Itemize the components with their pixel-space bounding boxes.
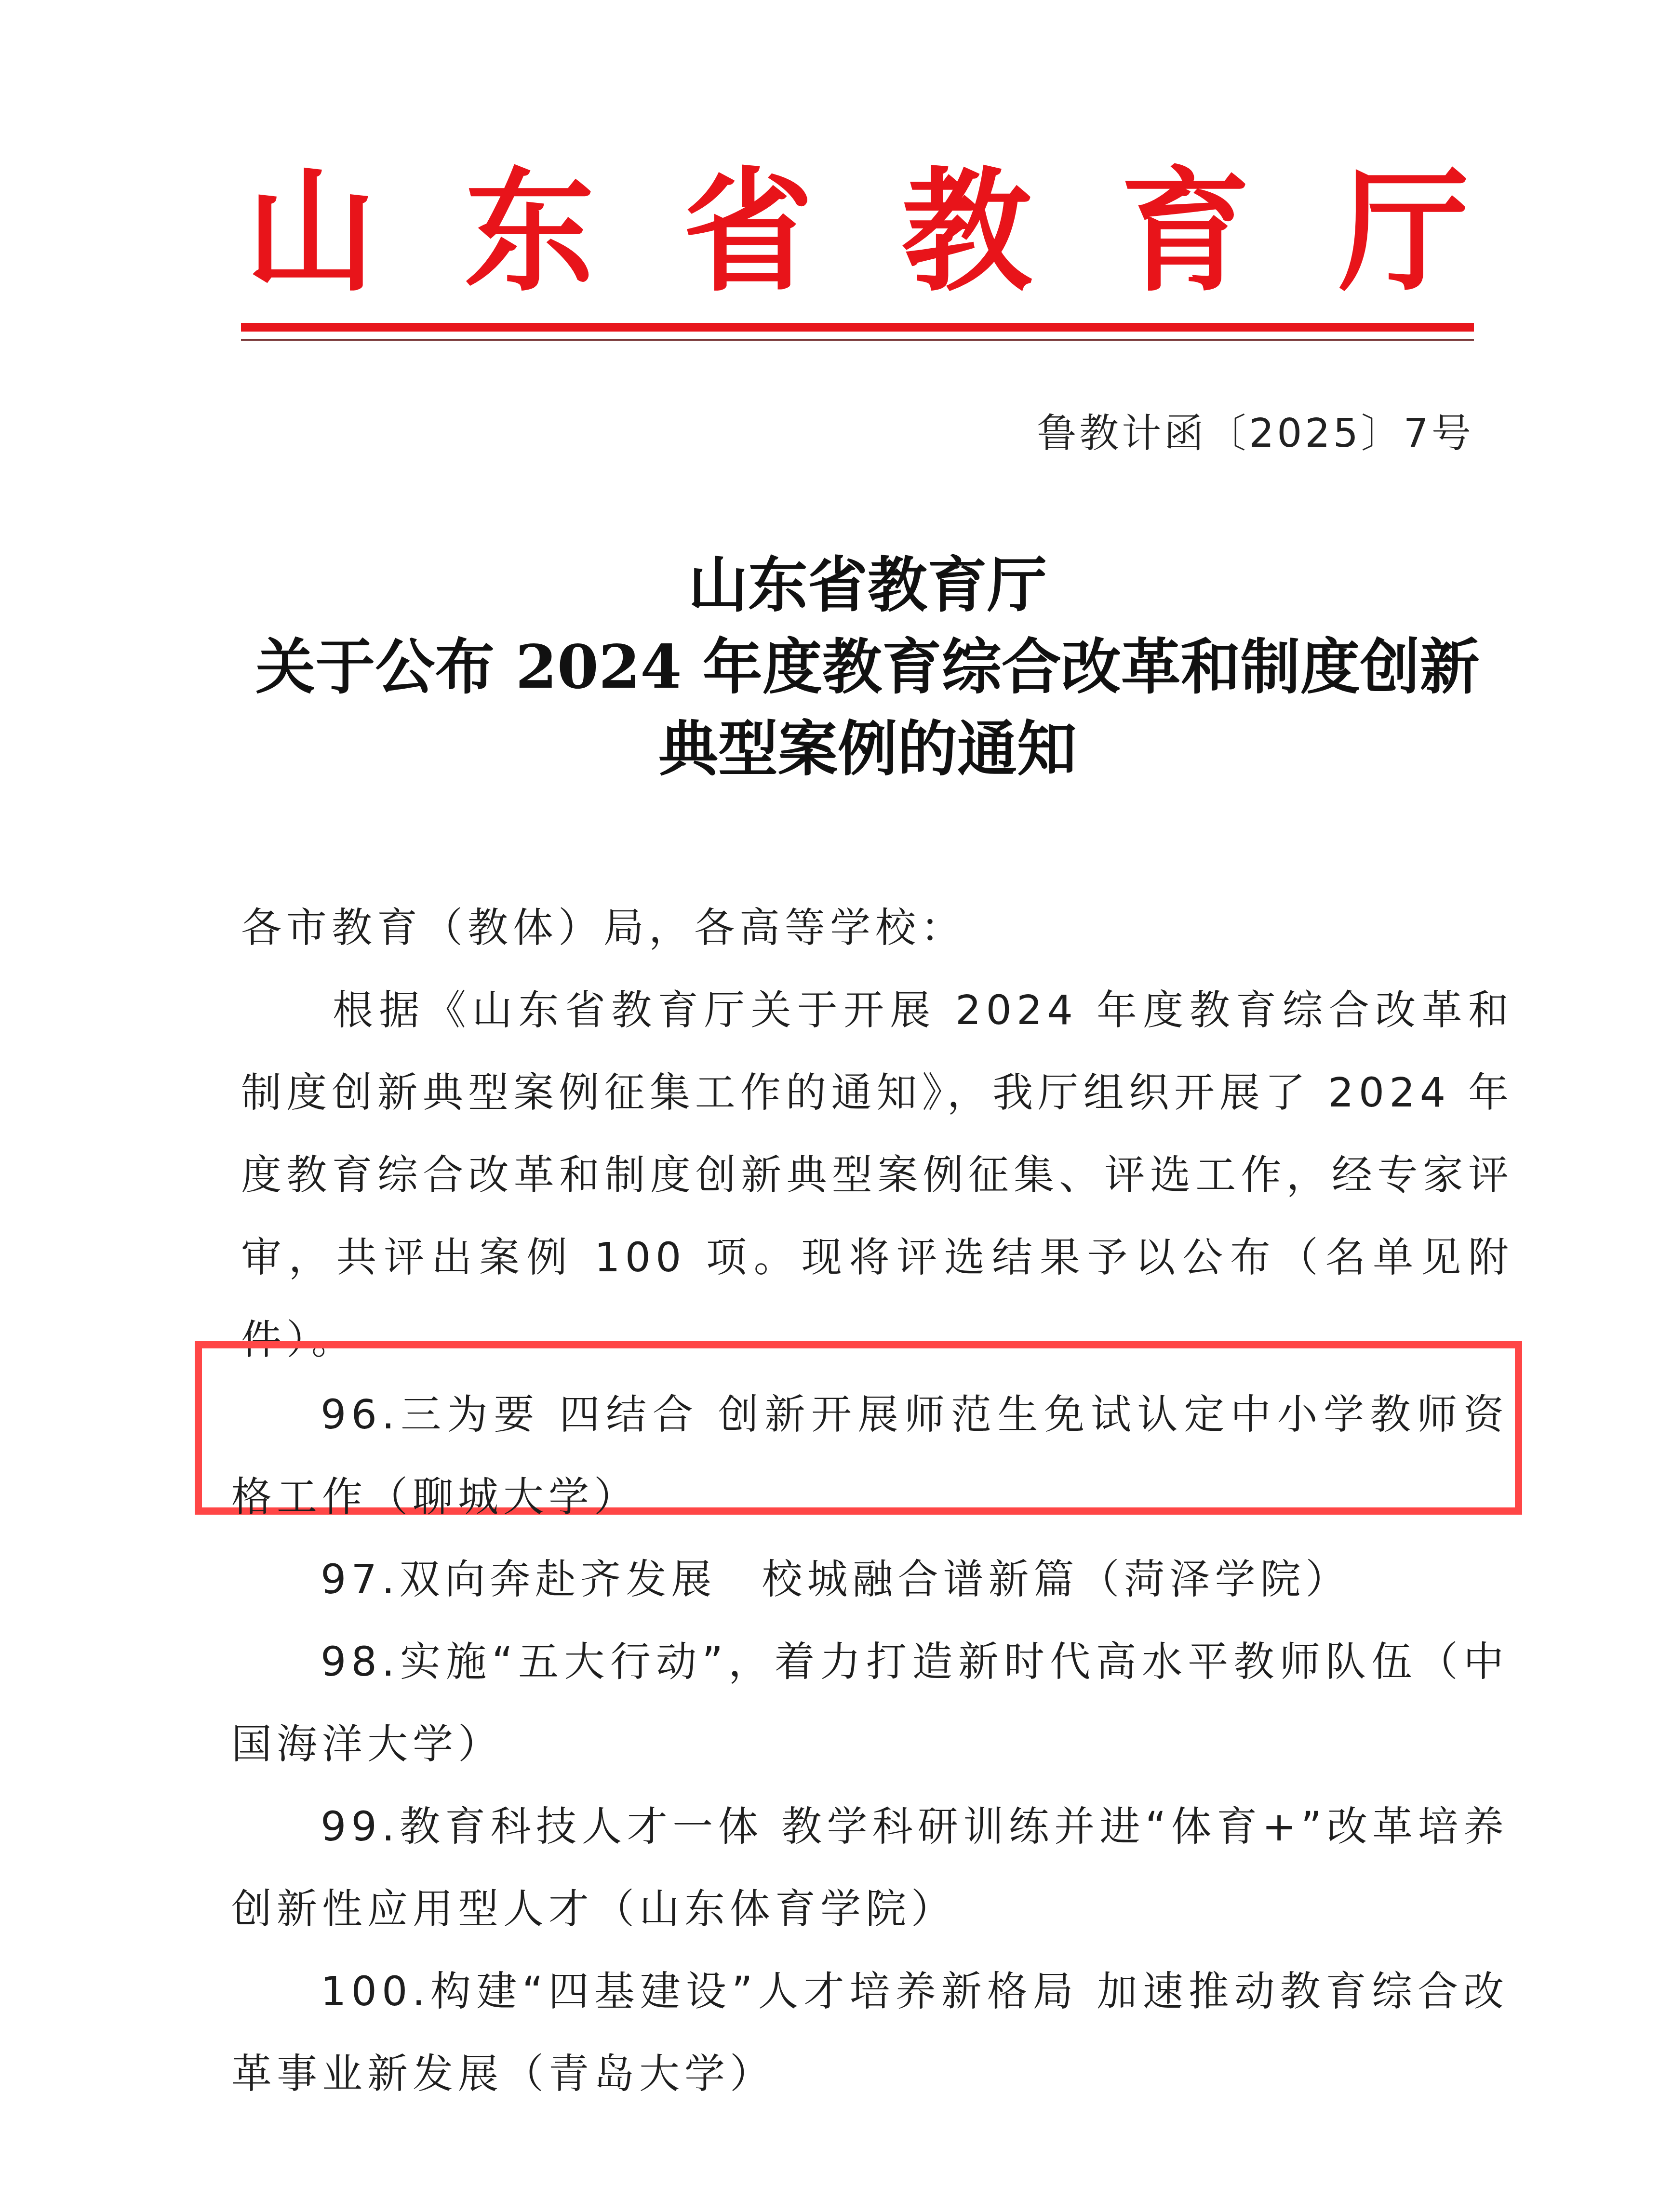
masthead-char: 厅 bbox=[1334, 158, 1474, 305]
list-item-text: 教育科技人才一体 教学科研训练并进“体育+”改革培养创新性应用型人才（山东体育学… bbox=[231, 1803, 1509, 1932]
list-item-number: 100. bbox=[321, 1968, 430, 2015]
title-line-3: 典型案例的通知 bbox=[193, 708, 1542, 790]
masthead-char: 山 bbox=[241, 158, 381, 305]
list-item: 98.实施“五大行动”，着力打造新时代高水平教师队伍（中国海洋大学） bbox=[231, 1621, 1509, 1786]
list-item-number: 98. bbox=[321, 1638, 400, 1685]
list-item-text: 实施“五大行动”，着力打造新时代高水平教师队伍（中国海洋大学） bbox=[231, 1638, 1509, 1768]
masthead-char: 东 bbox=[460, 158, 600, 305]
list-item-number: 97. bbox=[321, 1556, 400, 1603]
masthead: 山 东 省 教 育 厅 bbox=[241, 159, 1474, 304]
list-item-text: 三为要 四结合 创新开展师范生免试认定中小学教师资格工作（聊城大学） bbox=[231, 1391, 1509, 1520]
document-page: 山 东 省 教 育 厅 鲁教计函〔2025〕7号 山东省教育厅 关于公布 202… bbox=[0, 0, 1659, 2212]
list-item-number: 99. bbox=[321, 1803, 400, 1850]
body-paragraph: 根据《山东省教育厅关于开展 2024 年度教育综合改革和制度创新典型案例征集工作… bbox=[241, 969, 1513, 1381]
masthead-rule-thin bbox=[241, 339, 1474, 341]
list-item-number: 96. bbox=[321, 1391, 400, 1438]
list-item: 97.双向奔赴齐发展 校城融合谱新篇（菏泽学院） bbox=[231, 1538, 1509, 1621]
list-item: 99.教育科技人才一体 教学科研训练并进“体育+”改革培养创新性应用型人才（山东… bbox=[231, 1786, 1509, 1950]
case-list: 96.三为要 四结合 创新开展师范生免试认定中小学教师资格工作（聊城大学） 97… bbox=[231, 1373, 1509, 2115]
title-line-2: 关于公布 2024 年度教育综合改革和制度创新 bbox=[193, 626, 1542, 708]
masthead-rule-thick bbox=[241, 323, 1474, 332]
title-line-1: 山东省教育厅 bbox=[193, 545, 1542, 626]
document-number: 鲁教计函〔2025〕7号 bbox=[1037, 407, 1474, 460]
masthead-char: 省 bbox=[678, 158, 818, 305]
document-title: 山东省教育厅 关于公布 2024 年度教育综合改革和制度创新 典型案例的通知 bbox=[193, 545, 1542, 790]
salutation: 各市教育（教体）局，各高等学校： bbox=[241, 887, 1513, 969]
list-item-text: 双向奔赴齐发展 校城融合谱新篇（菏泽学院） bbox=[400, 1556, 1351, 1603]
list-item: 100.构建“四基建设”人才培养新格局 加速推动教育综合改革事业新发展（青岛大学… bbox=[231, 1950, 1509, 2115]
list-item: 96.三为要 四结合 创新开展师范生免试认定中小学教师资格工作（聊城大学） bbox=[231, 1373, 1509, 1538]
masthead-char: 教 bbox=[897, 158, 1037, 305]
document-body: 各市教育（教体）局，各高等学校： 根据《山东省教育厅关于开展 2024 年度教育… bbox=[241, 887, 1513, 1381]
masthead-char: 育 bbox=[1115, 158, 1255, 305]
